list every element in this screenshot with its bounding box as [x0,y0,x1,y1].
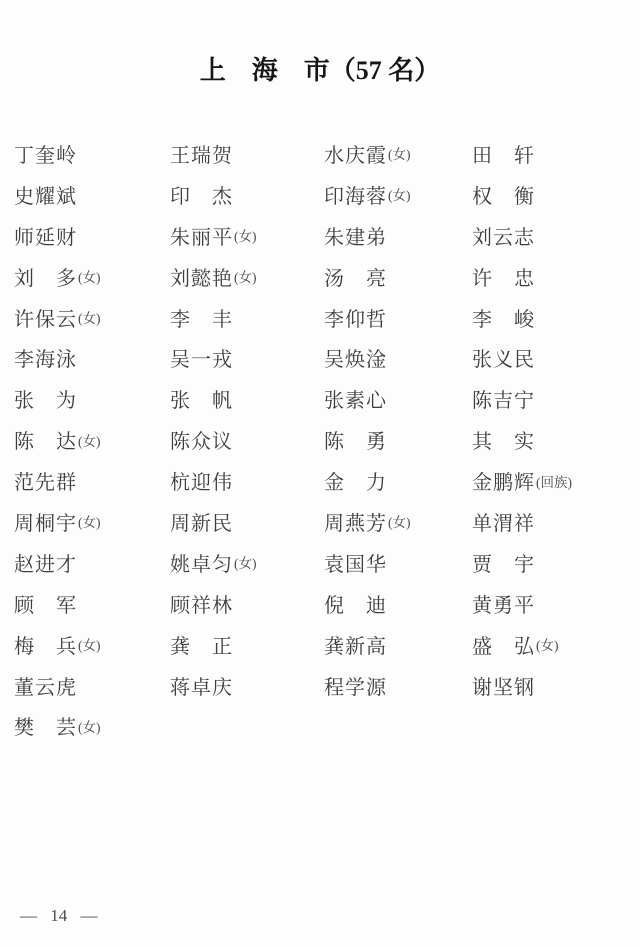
roster-entry: 周桐宇 (女) [14,501,170,542]
person-name: 田 轩 [472,139,535,168]
person-name: 顾祥林 [170,589,233,618]
person-name: 朱丽平 [170,221,233,250]
roster-entry: 谢坚钢 [472,665,632,706]
roster-entry: 印 杰 [170,174,324,215]
roster-entry: 倪 迪 [324,583,472,624]
person-name: 蒋卓庆 [170,671,233,700]
page-number: — 14 — [20,906,98,926]
roster-entry: 印海蓉 (女) [324,174,472,215]
person-name: 师延财 [14,221,77,250]
person-tag: (女) [387,143,411,163]
person-name: 史耀斌 [14,180,77,209]
person-name: 张 帆 [170,384,233,413]
roster-entry: 陈 达 (女) [14,419,170,460]
person-tag: (女) [387,184,411,204]
roster-entry: 龚 正 [170,624,324,665]
roster-entry: 李海泳 [14,337,170,378]
person-name: 刘懿艳 [170,262,233,291]
person-name: 倪 迪 [324,589,387,618]
person-name: 周桐宇 [14,507,77,536]
roster-entry: 吴焕淦 [324,337,472,378]
person-name: 其 实 [472,425,535,454]
roster-entry: 董云虎 [14,665,170,706]
person-name: 龚新高 [324,630,387,659]
roster-entry: 李仰哲 [324,297,472,338]
roster-entry: 顾祥林 [170,583,324,624]
person-name: 金 力 [324,466,387,495]
roster-grid: 丁奎岭 王瑞贺 水庆霞 (女) 田 轩 史耀斌 印 杰 印海蓉 (女) 权 衡 … [14,133,632,746]
person-name: 袁国华 [324,548,387,577]
person-name: 张 为 [14,384,77,413]
roster-entry: 陈众议 [170,419,324,460]
roster-entry: 朱建弟 [324,215,472,256]
roster-entry: 梅 兵 (女) [14,624,170,665]
person-name: 许 忠 [472,262,535,291]
roster-entry: 丁奎岭 [14,133,170,174]
person-name: 吴一戎 [170,343,233,372]
person-name: 丁奎岭 [14,139,77,168]
person-tag: (女) [77,266,101,286]
person-tag: (女) [233,225,257,245]
roster-entry: 单渭祥 [472,501,632,542]
person-name: 盛 弘 [472,630,535,659]
person-name: 王瑞贺 [170,139,233,168]
person-name: 杭迎伟 [170,466,233,495]
person-name: 樊 芸 [14,711,77,740]
roster-entry: 许 忠 [472,256,632,297]
person-name: 范先群 [14,466,77,495]
roster-entry: 姚卓匀 (女) [170,542,324,583]
roster-entry: 张素心 [324,378,472,419]
person-tag: (女) [535,634,559,654]
person-name: 印海蓉 [324,180,387,209]
person-name: 龚 正 [170,630,233,659]
roster-entry: 陈吉宁 [472,378,632,419]
person-tag: (女) [77,716,101,736]
roster-entry: 张 为 [14,378,170,419]
person-name: 汤 亮 [324,262,387,291]
person-name: 梅 兵 [14,630,77,659]
roster-entry: 金 力 [324,460,472,501]
roster-entry: 周燕芳 (女) [324,501,472,542]
person-name: 董云虎 [14,671,77,700]
roster-entry: 张 帆 [170,378,324,419]
roster-entry: 史耀斌 [14,174,170,215]
roster-entry: 刘懿艳 (女) [170,256,324,297]
person-name: 谢坚钢 [472,671,535,700]
person-name: 陈 达 [14,425,77,454]
roster-entry: 水庆霞 (女) [324,133,472,174]
person-name: 印 杰 [170,180,233,209]
person-name: 陈吉宁 [472,384,535,413]
roster-entry: 贾 宇 [472,542,632,583]
person-name: 李仰哲 [324,303,387,332]
person-name: 吴焕淦 [324,343,387,372]
roster-entry: 权 衡 [472,174,632,215]
roster-entry: 龚新高 [324,624,472,665]
roster-entry: 赵进才 [14,542,170,583]
roster-entry: 陈 勇 [324,419,472,460]
person-name: 单渭祥 [472,507,535,536]
person-tag: (女) [387,511,411,531]
roster-entry: 顾 军 [14,583,170,624]
roster-entry: 樊 芸 (女) [14,705,170,746]
roster-entry: 许保云 (女) [14,297,170,338]
person-name: 程学源 [324,671,387,700]
person-name: 陈 勇 [324,425,387,454]
roster-entry: 范先群 [14,460,170,501]
person-name: 姚卓匀 [170,548,233,577]
person-name: 刘 多 [14,262,77,291]
roster-entry: 刘 多 (女) [14,256,170,297]
person-tag: (回族) [535,471,572,491]
roster-entry: 田 轩 [472,133,632,174]
person-tag: (女) [233,266,257,286]
page-title: 上 海 市（57 名） [0,50,640,87]
roster-entry: 刘云志 [472,215,632,256]
person-name: 黄勇平 [472,589,535,618]
roster-entry: 张义民 [472,337,632,378]
roster-entry: 李 峻 [472,297,632,338]
person-name: 顾 军 [14,589,77,618]
roster-entry: 朱丽平 (女) [170,215,324,256]
roster-entry: 师延财 [14,215,170,256]
roster-entry: 杭迎伟 [170,460,324,501]
person-name: 张素心 [324,384,387,413]
roster-entry: 盛 弘 (女) [472,624,632,665]
person-name: 朱建弟 [324,221,387,250]
person-name: 周燕芳 [324,507,387,536]
roster-entry: 袁国华 [324,542,472,583]
person-name: 金鹏辉 [472,466,535,495]
person-tag: (女) [77,430,101,450]
person-name: 许保云 [14,303,77,332]
roster-entry: 周新民 [170,501,324,542]
person-name: 水庆霞 [324,139,387,168]
person-tag: (女) [77,634,101,654]
roster-entry: 程学源 [324,665,472,706]
roster-entry: 吴一戎 [170,337,324,378]
person-tag: (女) [77,511,101,531]
person-tag: (女) [233,552,257,572]
person-name: 李海泳 [14,343,77,372]
person-name: 李 丰 [170,303,233,332]
person-name: 李 峻 [472,303,535,332]
person-name: 周新民 [170,507,233,536]
person-name: 赵进才 [14,548,77,577]
person-name: 权 衡 [472,180,535,209]
person-name: 张义民 [472,343,535,372]
roster-entry: 汤 亮 [324,256,472,297]
person-name: 贾 宇 [472,548,535,577]
person-tag: (女) [77,307,101,327]
document-page: 上 海 市（57 名） 丁奎岭 王瑞贺 水庆霞 (女) 田 轩 史耀斌 印 杰 … [0,0,640,947]
person-name: 刘云志 [472,221,535,250]
roster-entry: 李 丰 [170,297,324,338]
roster-entry: 蒋卓庆 [170,665,324,706]
roster-entry: 其 实 [472,419,632,460]
roster-entry: 王瑞贺 [170,133,324,174]
person-name: 陈众议 [170,425,233,454]
roster-entry: 金鹏辉 (回族) [472,460,632,501]
roster-entry: 黄勇平 [472,583,632,624]
